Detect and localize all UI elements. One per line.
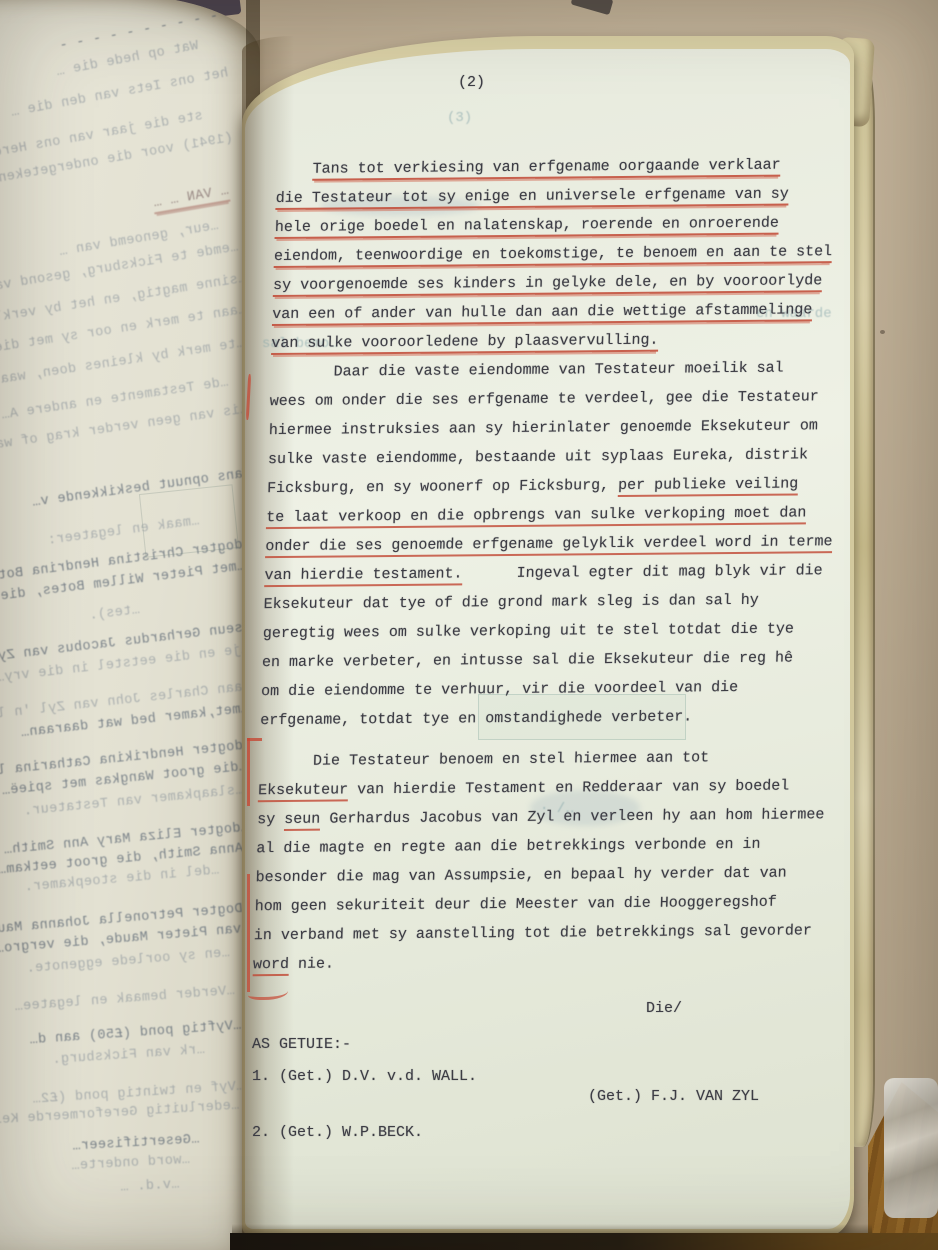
testator-signature: (Get.) F.J. VAN ZYL — [588, 1088, 759, 1105]
bleedthrough-text: … VAN … … — [153, 184, 231, 215]
bleedthrough-text: …tes). — [88, 603, 140, 624]
bleedthrough-text: …Gesertifiseer… — [72, 1132, 200, 1154]
witness-heading: AS GETUIE:- — [252, 1036, 351, 1053]
bleedthrough-text: …Vyftig pond (£50) aan d… — [29, 1019, 242, 1049]
bleedthrough-box — [139, 484, 239, 557]
testament-photo: - - - - - - - - - -Wat op hede die …het … — [0, 0, 938, 1250]
witness-1: 1. (Get.) D.V. v.d. WALL. — [252, 1068, 477, 1085]
catchword: Die/ — [646, 1000, 682, 1017]
bleedthrough-text: …rk van Ficksburg. — [52, 1043, 206, 1068]
bleedthrough-text: …v.d. … — [120, 1177, 180, 1195]
bleedthrough-text: (3) — [447, 110, 472, 126]
testament-line: van een of ander van hulle dan aan die w… — [272, 295, 857, 329]
speck — [880, 330, 885, 334]
bleedthrough-text: …word onderte… — [71, 1153, 191, 1174]
testament-line: in verband met sy aanstelling tot die be… — [253, 916, 838, 950]
witness-2: 2. (Get.) W.P.BECK. — [252, 1124, 423, 1141]
testament-line: word nie. — [253, 945, 838, 979]
left-page: - - - - - - - - - -Wat op hede die …het … — [0, 0, 260, 1250]
testament-body: Tans tot verkiesing van erfgename oorgaa… — [253, 150, 861, 979]
testament-line: erfgename, totdat tye en omstandighede v… — [260, 701, 845, 735]
red-pen-mark — [247, 738, 250, 806]
plastic-wrap — [884, 1078, 938, 1218]
page-number: (2) — [458, 74, 485, 91]
table-edge — [230, 1233, 938, 1250]
testament-line: van hierdie testament. Ingeval egter dit… — [264, 556, 849, 590]
red-pen-mark — [247, 874, 250, 992]
bleedthrough-text: …Verder bemaak en legatee… — [14, 984, 236, 1015]
testament-line: en marke verbeter, en intusse sal die Ek… — [262, 643, 847, 677]
